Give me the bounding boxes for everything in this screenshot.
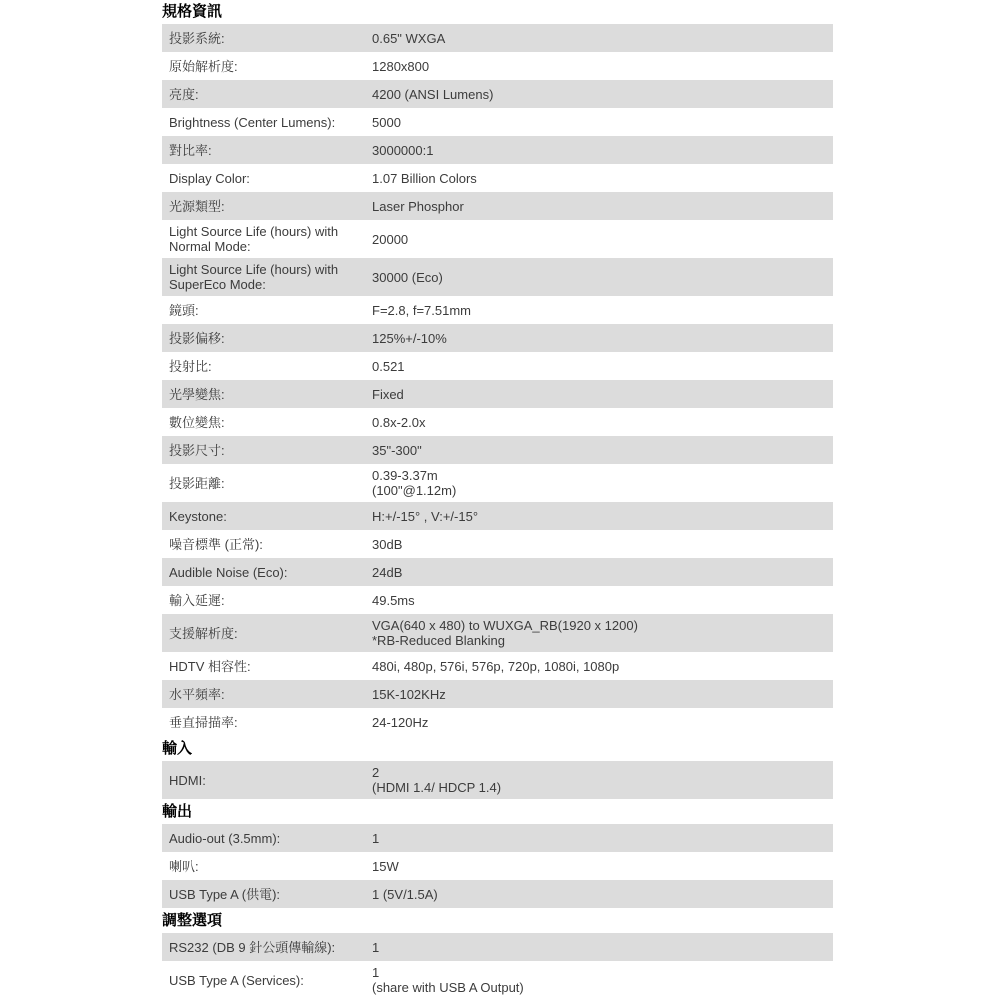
spec-row: 支援解析度: VGA(640 x 480) to WUXGA_RB(1920 x… (162, 614, 833, 652)
spec-value: Fixed (372, 387, 833, 402)
spec-row: Audible Noise (Eco): 24dB (162, 558, 833, 586)
spec-value: 15W (372, 859, 833, 874)
spec-value: 24dB (372, 565, 833, 580)
section-rows: HDMI: 2 (HDMI 1.4/ HDCP 1.4) (162, 761, 833, 799)
spec-label: USB Type A (供電): (162, 887, 372, 902)
section-rows: Audio-out (3.5mm): 1 喇叭: 15W USB Type A … (162, 824, 833, 908)
spec-value: 0.8x-2.0x (372, 415, 833, 430)
spec-value: F=2.8, f=7.51mm (372, 303, 833, 318)
spec-value: 1 (372, 831, 833, 846)
spec-row: Keystone: H:+/-15° , V:+/-15° (162, 502, 833, 530)
page-title: 規格資訊 (162, 4, 833, 20)
spec-label: 投射比: (162, 359, 372, 374)
spec-label: 亮度: (162, 87, 372, 102)
spec-row: 亮度: 4200 (ANSI Lumens) (162, 80, 833, 108)
spec-value: 30dB (372, 537, 833, 552)
spec-value: H:+/-15° , V:+/-15° (372, 509, 833, 524)
spec-label: Keystone: (162, 509, 372, 524)
spec-row: RS232 (DB 9 針公頭傳輸線): 1 (162, 933, 833, 961)
spec-label: 水平頻率: (162, 687, 372, 702)
spec-row: 數位變焦: 0.8x-2.0x (162, 408, 833, 436)
spec-value: 1280x800 (372, 59, 833, 74)
spec-label: 投影系統: (162, 31, 372, 46)
spec-row: Light Source Life (hours) with Normal Mo… (162, 220, 833, 258)
spec-label: 垂直掃描率: (162, 715, 372, 730)
section-header: 調整選項 (162, 913, 833, 929)
spec-value: VGA(640 x 480) to WUXGA_RB(1920 x 1200) … (372, 618, 833, 648)
spec-row: Display Color: 1.07 Billion Colors (162, 164, 833, 192)
spec-value: 30000 (Eco) (372, 270, 833, 285)
spec-table: 規格資訊 投影系統: 0.65" WXGA 原始解析度: 1280x800 亮度… (162, 4, 833, 999)
spec-label: Display Color: (162, 171, 372, 186)
spec-value: Laser Phosphor (372, 199, 833, 214)
spec-label: 數位變焦: (162, 415, 372, 430)
spec-value: 4200 (ANSI Lumens) (372, 87, 833, 102)
spec-row: 喇叭: 15W (162, 852, 833, 880)
spec-value: 1 (372, 940, 833, 955)
spec-label: HDTV 相容性: (162, 659, 372, 674)
spec-row: USB Type A (供電): 1 (5V/1.5A) (162, 880, 833, 908)
spec-label: 鏡頭: (162, 303, 372, 318)
spec-value: 480i, 480p, 576i, 576p, 720p, 1080i, 108… (372, 659, 833, 674)
spec-row: 光學變焦: Fixed (162, 380, 833, 408)
spec-label: 喇叭: (162, 859, 372, 874)
spec-label: RS232 (DB 9 針公頭傳輸線): (162, 940, 372, 955)
spec-row: 垂直掃描率: 24-120Hz (162, 708, 833, 736)
spec-row: 投影偏移: 125%+/-10% (162, 324, 833, 352)
spec-label: Audible Noise (Eco): (162, 565, 372, 580)
spec-label: 輸入延遲: (162, 593, 372, 608)
spec-label: Light Source Life (hours) with Normal Mo… (162, 224, 372, 254)
spec-label: HDMI: (162, 773, 372, 788)
spec-value: 24-120Hz (372, 715, 833, 730)
spec-row: 鏡頭: F=2.8, f=7.51mm (162, 296, 833, 324)
spec-row: 投影系統: 0.65" WXGA (162, 24, 833, 52)
spec-value: 15K-102KHz (372, 687, 833, 702)
spec-row: USB Type A (Services): 1 (share with USB… (162, 961, 833, 999)
spec-label: Light Source Life (hours) with SuperEco … (162, 262, 372, 292)
spec-value: 125%+/-10% (372, 331, 833, 346)
spec-label: 投影距離: (162, 476, 372, 491)
section-header: 輸入 (162, 741, 833, 757)
spec-section: 調整選項 RS232 (DB 9 針公頭傳輸線): 1 USB Type A (… (162, 913, 833, 999)
spec-label: 光學變焦: (162, 387, 372, 402)
spec-value: 35"-300" (372, 443, 833, 458)
spec-value: 1 (share with USB A Output) (372, 965, 833, 995)
spec-label: 投影偏移: (162, 331, 372, 346)
section-rows: 投影系統: 0.65" WXGA 原始解析度: 1280x800 亮度: 420… (162, 24, 833, 736)
spec-row: HDTV 相容性: 480i, 480p, 576i, 576p, 720p, … (162, 652, 833, 680)
spec-row: 光源類型: Laser Phosphor (162, 192, 833, 220)
spec-value: 0.65" WXGA (372, 31, 833, 46)
spec-row: 噪音標準 (正常): 30dB (162, 530, 833, 558)
spec-row: 水平頻率: 15K-102KHz (162, 680, 833, 708)
spec-section: 輸入 HDMI: 2 (HDMI 1.4/ HDCP 1.4) (162, 741, 833, 799)
spec-label: 原始解析度: (162, 59, 372, 74)
spec-value: 0.521 (372, 359, 833, 374)
spec-value: 3000000:1 (372, 143, 833, 158)
spec-label: Brightness (Center Lumens): (162, 115, 372, 130)
spec-row: Audio-out (3.5mm): 1 (162, 824, 833, 852)
spec-row: 投影距離: 0.39-3.37m (100"@1.12m) (162, 464, 833, 502)
spec-value: 1 (5V/1.5A) (372, 887, 833, 902)
spec-value: 20000 (372, 232, 833, 247)
spec-row: 投影尺寸: 35"-300" (162, 436, 833, 464)
spec-label: Audio-out (3.5mm): (162, 831, 372, 846)
spec-label: 光源類型: (162, 199, 372, 214)
spec-value: 49.5ms (372, 593, 833, 608)
spec-section: 投影系統: 0.65" WXGA 原始解析度: 1280x800 亮度: 420… (162, 24, 833, 736)
section-header: 輸出 (162, 804, 833, 820)
spec-row: Brightness (Center Lumens): 5000 (162, 108, 833, 136)
spec-sections: 投影系統: 0.65" WXGA 原始解析度: 1280x800 亮度: 420… (162, 24, 833, 999)
spec-label: 對比率: (162, 143, 372, 158)
spec-value: 5000 (372, 115, 833, 130)
spec-value: 2 (HDMI 1.4/ HDCP 1.4) (372, 765, 833, 795)
spec-row: 投射比: 0.521 (162, 352, 833, 380)
spec-row: HDMI: 2 (HDMI 1.4/ HDCP 1.4) (162, 761, 833, 799)
spec-value: 1.07 Billion Colors (372, 171, 833, 186)
spec-label: 投影尺寸: (162, 443, 372, 458)
spec-section: 輸出 Audio-out (3.5mm): 1 喇叭: 15W USB Type… (162, 804, 833, 908)
spec-row: 原始解析度: 1280x800 (162, 52, 833, 80)
spec-row: Light Source Life (hours) with SuperEco … (162, 258, 833, 296)
spec-label: 支援解析度: (162, 626, 372, 641)
spec-row: 輸入延遲: 49.5ms (162, 586, 833, 614)
spec-label: 噪音標準 (正常): (162, 537, 372, 552)
section-rows: RS232 (DB 9 針公頭傳輸線): 1 USB Type A (Servi… (162, 933, 833, 999)
spec-value: 0.39-3.37m (100"@1.12m) (372, 468, 833, 498)
spec-label: USB Type A (Services): (162, 973, 372, 988)
spec-row: 對比率: 3000000:1 (162, 136, 833, 164)
